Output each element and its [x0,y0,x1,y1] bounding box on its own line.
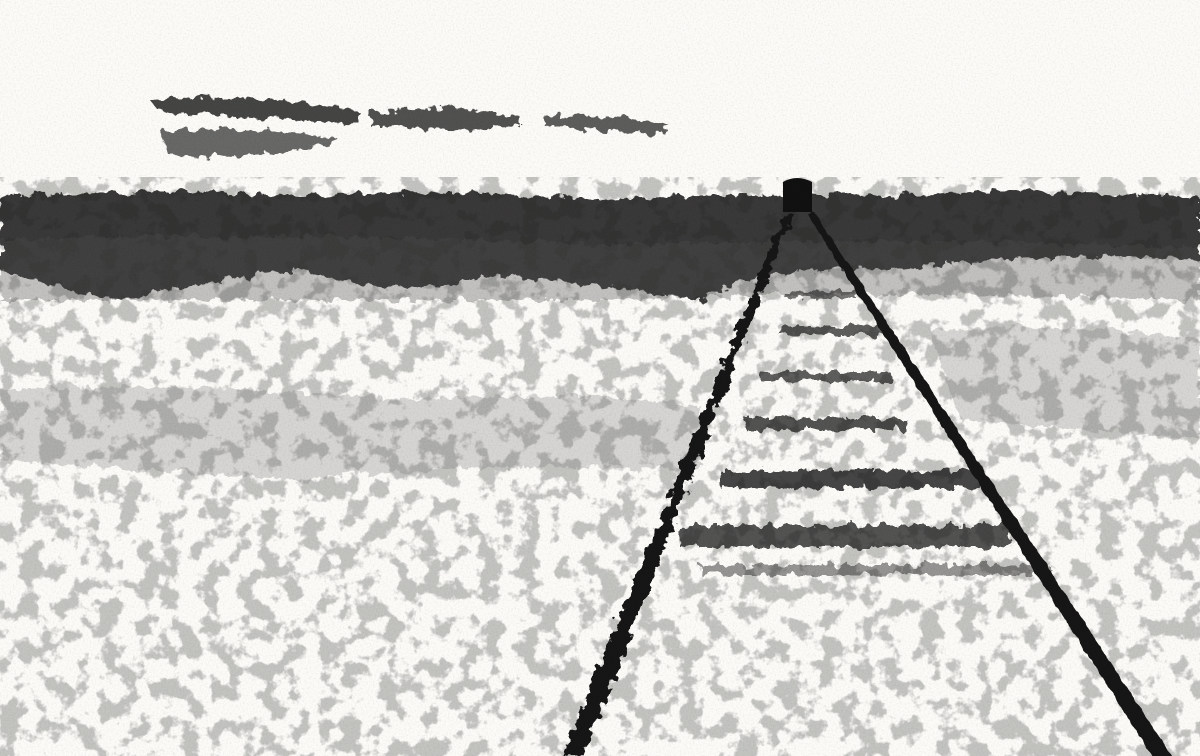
artwork-print [0,0,1200,756]
paper-grain [0,0,1200,756]
print-canvas [0,0,1200,756]
